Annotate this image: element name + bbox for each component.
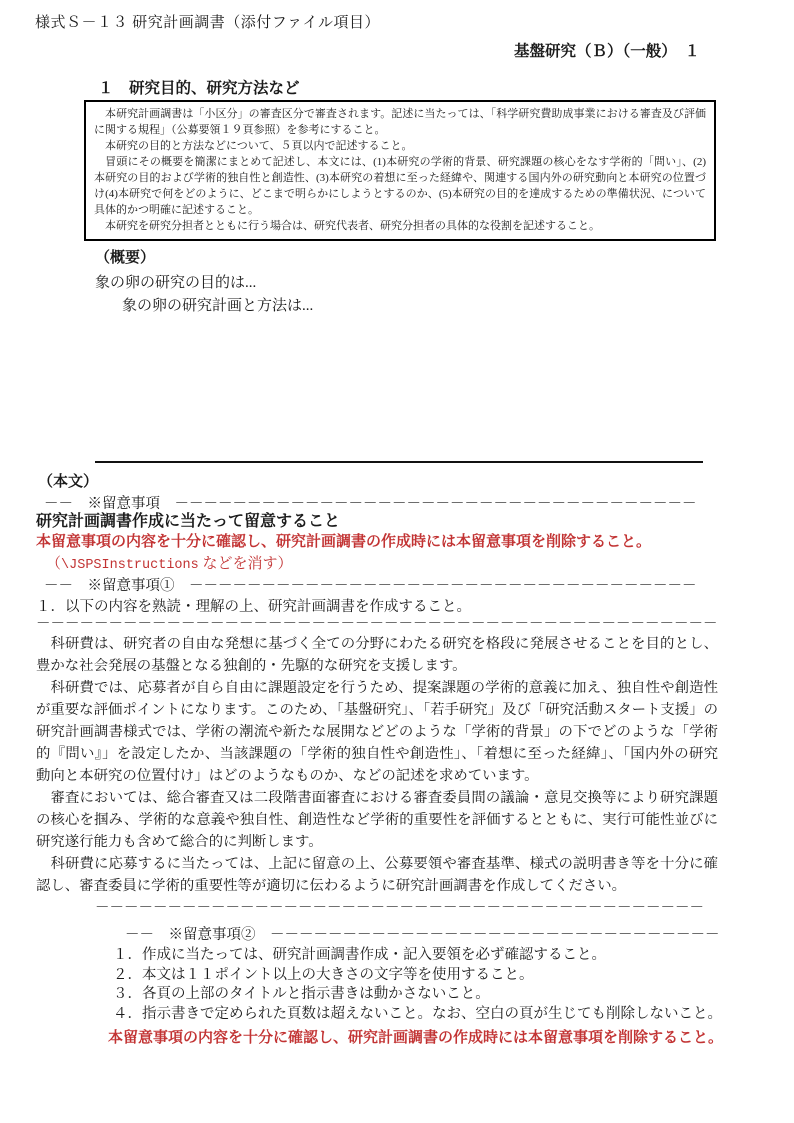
body-label: （本文） [38, 470, 98, 491]
notes-heading: 研究計画調書作成に当たって留意すること [36, 508, 340, 531]
body-paragraph: 科研費は、研究者の自由な発想に基づく全ての分野にわたる研究を格段に発展させること… [36, 633, 718, 677]
box-paragraph: 本研究の目的と方法などについて、５頁以内で記述すること。 [94, 138, 706, 154]
red-final-warning: 本留意事項の内容を十分に確認し、研究計画調書の作成時には本留意事項を削除すること… [108, 1026, 723, 1047]
section1-title: １ 研究目的、研究方法など [98, 76, 300, 98]
category-header: 基盤研究（Ｂ）（一般） １ [514, 39, 700, 61]
form-code: 様式Ｓ－１３ 研究計画調書（添付ファイル項目） [35, 11, 380, 32]
box-paragraph: 本研究を研究分担者とともに行う場合は、研究代表者、研究分担者の具体的な役割を記述… [94, 218, 706, 234]
notes2-list: １．作成に当たっては、研究計画調書作成・記入要領を必ず確認すること。 ２．本文は… [113, 946, 722, 1024]
box-paragraph: 冒頭にその概要を簡潔にまとめて記述し、本文には、(1)本研究の学術的背景、研究課… [94, 154, 706, 218]
body-paragraph: 科研費に応募するに当たっては、上記に留意の上、公募要領や審査基準、様式の説明書き… [36, 853, 718, 897]
red-sub-prefix: （ [46, 556, 61, 572]
red-sub-code: \JSPSInstructions [61, 558, 199, 573]
overview-line: 象の卵の研究の目的は... [95, 271, 256, 292]
document-page: 様式Ｓ－１３ 研究計画調書（添付ファイル項目） 基盤研究（Ｂ）（一般） １ １ … [0, 0, 794, 1123]
body-paragraph: 審査においては、総合審査又は二段階書面審査における審査委員間の議論・意見交換等に… [36, 787, 718, 853]
instruction-box: 本研究計画調書は「小区分」の審査区分で審査されます。記述に当たっては、「科学研究… [84, 100, 716, 241]
dash-separator: －－－－－－－－－－－－－－－－－－－－－－－－－－－－－－－－－－－－－－－－… [95, 896, 705, 917]
notes2-item: ３．各頁の上部のタイトルと指示書きは動かさないこと。 [113, 985, 722, 1005]
notes2-item: ４．指示書きで定められた頁数は超えないこと。なお、空白の頁が生じても削除しないこ… [113, 1005, 722, 1025]
body-paragraphs: 科研費は、研究者の自由な発想に基づく全ての分野にわたる研究を格段に発展させること… [36, 633, 718, 897]
notes2-item: １．作成に当たっては、研究計画調書作成・記入要領を必ず確認すること。 [113, 946, 722, 966]
body-paragraph: 科研費では、応募者が自ら自由に課題設定を行うため、提案課題の学術的意義に加え、独… [36, 677, 718, 787]
red-warning: 本留意事項の内容を十分に確認し、研究計画調書の作成時には本留意事項を削除すること… [36, 530, 651, 551]
red-sub-note: （\JSPSInstructions などを消す） [46, 552, 293, 573]
red-sub-suffix: などを消す） [199, 556, 293, 572]
overview-line: 象の卵の研究計画と方法は... [122, 294, 313, 315]
notes2-header-line: －－ ※留意事項② －－－－－－－－－－－－－－－－－－－－－－－－－－－－－－… [125, 923, 721, 944]
box-paragraph: 本研究計画調書は「小区分」の審査区分で審査されます。記述に当たっては、「科学研究… [94, 106, 706, 138]
notes1-header-line: －－ ※留意事項① －－－－－－－－－－－－－－－－－－－－－－－－－－－－－－… [44, 574, 720, 595]
dash-separator: －－－－－－－－－－－－－－－－－－－－－－－－－－－－－－－－－－－－－－－－… [36, 612, 720, 633]
overview-label: （概要） [95, 246, 155, 267]
divider-rule [95, 461, 703, 463]
notes2-item: ２．本文は１１ポイント以上の大きさの文字等を使用すること。 [113, 966, 722, 986]
